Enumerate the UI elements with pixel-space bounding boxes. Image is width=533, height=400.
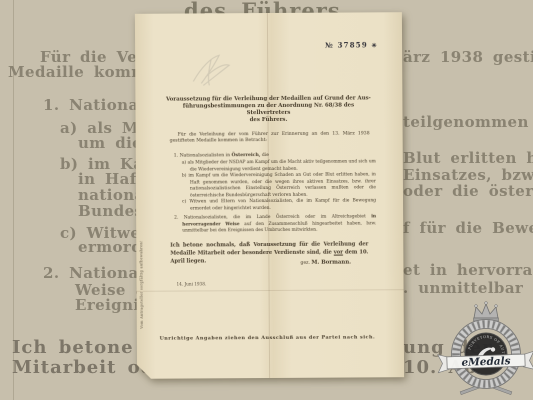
serial-number-stamp: № 37859 ✳ [325,40,377,49]
item2-prefix: 2. Nationalsozialisten, die im Lande Öst… [174,215,371,221]
slip-heading: Voraussetzung für die Verleihung der Med… [165,95,371,124]
serial-number: № 37859 [325,40,368,49]
slip-heading-line: des Führers. [166,116,372,124]
slip-item1-heading: 1. Nationalsozialisten in Österreich, di… [174,153,269,160]
slip-edge-note: Vom Antragsteller sorgfältig aufbewahren… [139,144,144,329]
item1-bold: Österreich, [232,153,261,158]
photo-of-documents: { "colors":{ "background_paper":"#c7bfac… [0,0,533,400]
bg-text-fragment: et in hervorragender [403,261,533,279]
slip-document-wrapper: № 37859 ✳ Voraussetzung für die Verleihu… [135,12,404,379]
bg-text-fragment: ärz 1938 gestifteten [403,48,533,66]
signature-line: gez. M. Bormann. [300,260,351,266]
pencil-smudge [185,47,237,91]
slip-item1b: b) im Kampf um die Wiedervereinigung Sch… [182,173,376,200]
slip-item1c: c) Witwen und Eltern von Nationalsoziali… [182,199,376,213]
slip-date: 14. Juni 1938. [177,281,207,286]
signature-prefix: gez. [300,261,311,266]
bg-text-fragment-bold: in hervorragender [430,261,533,279]
slip-horizontal-fold [137,289,404,292]
slip-heading-line: führungsbestimmungen zu der Anordnung Nr… [165,102,371,117]
item1-suffix: die [260,153,269,158]
bg-text-fragment: teilgenommen und sich [403,113,533,131]
emphasis-underlined: vor [334,250,343,256]
emedals-watermark: PURVEYORS OF AUTHENTIC MILITARIA eMedals [436,300,533,400]
signature-name: M. Bormann. [311,260,351,266]
star-icon: ✳ [372,42,377,49]
slip-item2: 2. Nationalsozialisten, die im Lande Öst… [174,215,376,235]
bg-text-fragment: et [403,261,420,279]
slip-intro-paragraph: Für die Verleihung der vom Führer zur Er… [170,131,370,145]
item1-prefix: 1. Nationalsozialisten in [174,153,232,158]
bg-text-fragment: Blut erlitten haben, [403,149,533,167]
slip-item1a: a) als Mitglieder der NSDAP am Kampf um … [182,160,376,174]
crown-icon [474,302,499,321]
slip-footer-warning: Unrichtige Angaben ziehen den Ausschluß … [137,334,398,342]
bg-text-fragment: f für die Bewegung [403,219,533,237]
brand-text: eMedals [461,355,511,369]
bg-text-fragment: . unmittelbar bei den [403,279,533,297]
bg-text-fragment: oder die österreichische [403,182,533,200]
slip-document: № 37859 ✳ Voraussetzung für die Verleihu… [135,12,404,379]
